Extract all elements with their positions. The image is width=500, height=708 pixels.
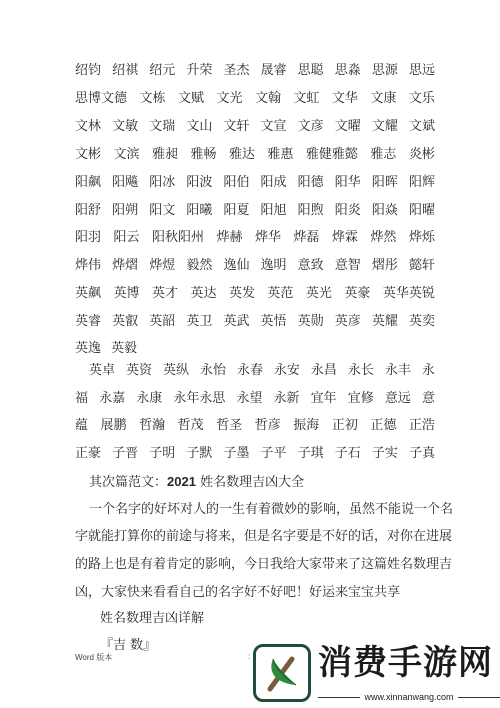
name-entry: 英叡 <box>112 313 138 331</box>
name-entry: 英范 <box>267 285 293 303</box>
name-row: 蕴展鹏哲瀚哲茂哲圣哲彦振海正初正德正浩 <box>75 417 435 435</box>
name-entry: 阳曜 <box>409 202 435 220</box>
name-entry: 英耀 <box>372 313 398 331</box>
name-entry: 英飙 <box>75 285 101 303</box>
name-entry: 英卓 <box>89 362 115 380</box>
name-row: 绍钧绍祺绍元升荣圣杰晟睿思聪思淼思源思远 <box>75 62 435 80</box>
name-entry: 文华 <box>332 90 358 108</box>
divider <box>318 697 360 698</box>
name-entry: 思源 <box>372 62 398 80</box>
name-entry: 阳云 <box>113 229 139 247</box>
name-entry: 文翰 <box>255 90 281 108</box>
name-entry: 烨熠 <box>112 257 138 275</box>
name-entry: 宜年 <box>311 390 337 408</box>
name-entry: 子平 <box>261 445 287 463</box>
name-entry: 文栋 <box>139 90 165 108</box>
footer-page-marker: : <box>248 652 250 661</box>
watermark-logo-icon <box>253 644 311 702</box>
name-entry: 永怡 <box>200 362 226 380</box>
name-row: 英逸英毅 <box>75 340 435 358</box>
name-entry: 阳舒 <box>75 202 101 220</box>
name-entry: 思远 <box>409 62 435 80</box>
footer-word-version: Word 版本 <box>75 652 112 663</box>
name-entry: 永昌 <box>311 362 337 380</box>
name-entry: 阳德 <box>298 174 324 192</box>
divider <box>458 697 500 698</box>
watermark-url-row: www.xinnanwang.com <box>318 690 500 704</box>
paragraph-line-3: 的路上也是有着肯定的影响，今日我给大家带来了这篇姓名数理吉 <box>75 556 437 574</box>
name-entry: 文赋 <box>178 90 204 108</box>
name-entry: 阳冰 <box>149 174 175 192</box>
name-entry: 绍元 <box>149 62 175 80</box>
subheading: 姓名数理吉凶详解 <box>100 610 462 628</box>
name-entry: 永长 <box>348 362 374 380</box>
name-entry: 子明 <box>149 445 175 463</box>
name-entry: 阳曦 <box>186 202 212 220</box>
name-entry: 阳炎 <box>335 202 361 220</box>
name-entry: 炎彬 <box>409 146 435 164</box>
name-entry: 绍祺 <box>112 62 138 80</box>
name-entry: 英卫 <box>186 313 212 331</box>
leaf-stick-icon <box>256 647 308 699</box>
name-entry: 升荣 <box>186 62 212 80</box>
name-entry: 永春 <box>237 362 263 380</box>
name-entry: 烨赫 <box>216 229 242 247</box>
name-entry: 哲瀚 <box>139 417 165 435</box>
name-row: 思博文德文栋文赋文光文翰文虹文华文康文乐 <box>75 90 435 108</box>
name-entry: 文敏 <box>112 118 138 136</box>
watermark-url: www.xinnanwang.com <box>364 692 453 702</box>
name-entry: 烨霖 <box>332 229 358 247</box>
name-entry: 英发 <box>229 285 255 303</box>
name-entry: 阳旭 <box>261 202 287 220</box>
name-row: 英睿英叡英韶英卫英武英悟英勋英彦英耀英奕 <box>75 313 435 331</box>
name-entry: 思淼 <box>335 62 361 80</box>
name-entry: 文康 <box>370 90 396 108</box>
name-entry: 烨伟 <box>75 257 101 275</box>
name-row: 英卓英资英纵永怡永春永安永昌永长永丰永 <box>89 362 435 380</box>
name-entry: 英勋 <box>298 313 324 331</box>
name-entry: 正豪 <box>75 445 101 463</box>
name-entry: 阳波 <box>186 174 212 192</box>
name-entry: 逸仙 <box>223 257 249 275</box>
name-entry: 英华英锐 <box>383 285 435 303</box>
name-entry: 子石 <box>335 445 361 463</box>
name-entry: 英彦 <box>335 313 361 331</box>
name-row: 正豪子晋子明子默子墨子平子琪子石子实子真 <box>75 445 435 463</box>
name-entry: 阳辉 <box>409 174 435 192</box>
name-entry: 雅昶 <box>152 146 178 164</box>
name-entry: 正德 <box>370 417 396 435</box>
name-entry: 子默 <box>186 445 212 463</box>
name-entry: 文山 <box>186 118 212 136</box>
name-entry: 永嘉 <box>99 390 125 408</box>
name-entry: 毅然 <box>186 257 212 275</box>
name-entry: 雅畅 <box>190 146 216 164</box>
name-entry: 雅惠 <box>267 146 293 164</box>
heading-suffix: 姓名数理吉凶大全 <box>196 475 304 490</box>
paragraph-line-1: 一个名字的好坏对人的一生有着微妙的影响，虽然不能说一个名 <box>89 501 451 519</box>
name-entry: 意 <box>422 390 435 408</box>
name-entry: 永 <box>422 362 435 380</box>
name-entry: 圣杰 <box>223 62 249 80</box>
name-entry: 意远 <box>385 390 411 408</box>
document-page: 绍钧绍祺绍元升荣圣杰晟睿思聪思淼思源思远思博文德文栋文赋文光文翰文虹文华文康文乐… <box>0 0 500 708</box>
name-entry: 文轩 <box>223 118 249 136</box>
name-entry: 英豪 <box>344 285 370 303</box>
name-entry: 雅健雅懿 <box>306 146 358 164</box>
name-entry: 英博 <box>113 285 139 303</box>
name-entry: 烨华 <box>255 229 281 247</box>
name-entry: 文光 <box>216 90 242 108</box>
name-row: 阳飙阳飚阳冰阳波阳伯阳成阳德阳华阳晖阳辉 <box>75 174 435 192</box>
name-entry: 懿轩 <box>409 257 435 275</box>
name-entry: 思博文德 <box>75 90 127 108</box>
name-entry: 烨磊 <box>293 229 319 247</box>
name-entry: 永丰 <box>385 362 411 380</box>
name-entry: 思聪 <box>298 62 324 80</box>
name-entry: 永新 <box>274 390 300 408</box>
name-entry: 英逸 <box>75 340 101 358</box>
name-entry: 阳华 <box>335 174 361 192</box>
name-entry: 烨烁 <box>409 229 435 247</box>
name-entry: 文宣 <box>261 118 287 136</box>
name-entry: 阳飙 <box>75 174 101 192</box>
name-entry: 英资 <box>126 362 152 380</box>
name-entry: 文彬 <box>75 146 101 164</box>
name-entry: 雅达 <box>229 146 255 164</box>
name-entry: 英毅 <box>111 340 137 358</box>
name-entry: 福 <box>75 390 88 408</box>
name-row: 文林文敏文瑞文山文轩文宣文彦文曜文耀文斌 <box>75 118 435 136</box>
name-entry: 英韶 <box>149 313 175 331</box>
name-entry: 晟睿 <box>261 62 287 80</box>
name-entry: 文彦 <box>298 118 324 136</box>
name-entry: 英武 <box>223 313 249 331</box>
name-entry: 子墨 <box>223 445 249 463</box>
name-entry: 英奕 <box>409 313 435 331</box>
name-entry: 子晋 <box>112 445 138 463</box>
name-entry: 烨然 <box>370 229 396 247</box>
name-entry: 永安 <box>274 362 300 380</box>
name-entry: 阳成 <box>261 174 287 192</box>
name-entry: 文滨 <box>113 146 139 164</box>
name-entry: 永年永思 <box>173 390 225 408</box>
name-entry: 哲圣 <box>216 417 242 435</box>
name-entry: 阳秋阳州 <box>152 229 204 247</box>
name-row: 烨伟烨熠烨煜毅然逸仙逸明意致意智熠彤懿轩 <box>75 257 435 275</box>
name-entry: 烨煜 <box>149 257 175 275</box>
name-entry: 雅志 <box>370 146 396 164</box>
heading-year: 2021 <box>167 474 196 489</box>
name-entry: 正浩 <box>409 417 435 435</box>
name-entry: 子实 <box>372 445 398 463</box>
name-entry: 阳夏 <box>223 202 249 220</box>
name-entry: 英达 <box>190 285 216 303</box>
name-entry: 阳朔 <box>112 202 138 220</box>
name-row: 英飙英博英才英达英发英范英光英豪英华英锐 <box>75 285 435 303</box>
paragraph-line-4: 凶，大家快来看看自己的名字好不好吧！好运来宝宝共享 <box>75 584 437 602</box>
name-entry: 正初 <box>332 417 358 435</box>
watermark-site-name: 消费手游网 <box>318 643 493 683</box>
name-entry: 熠彤 <box>372 257 398 275</box>
name-entry: 哲彦 <box>255 417 281 435</box>
name-entry: 展鹏 <box>101 417 127 435</box>
heading-prefix: 其次篇范文： <box>89 475 167 490</box>
name-entry: 文瑞 <box>149 118 175 136</box>
name-entry: 阳文 <box>149 202 175 220</box>
name-entry: 阳煦 <box>298 202 324 220</box>
name-entry: 英悟 <box>261 313 287 331</box>
article-heading: 其次篇范文：2021 姓名数理吉凶大全 <box>89 473 451 492</box>
name-entry: 逸明 <box>261 257 287 275</box>
name-entry: 文曜 <box>335 118 361 136</box>
name-entry: 永康 <box>136 390 162 408</box>
name-entry: 永望 <box>236 390 262 408</box>
name-entry: 英光 <box>306 285 332 303</box>
name-entry: 意智 <box>335 257 361 275</box>
name-entry: 振海 <box>293 417 319 435</box>
name-entry: 阳晖 <box>372 174 398 192</box>
name-entry: 英纵 <box>163 362 189 380</box>
name-entry: 哲茂 <box>178 417 204 435</box>
name-entry: 阳飚 <box>112 174 138 192</box>
name-entry: 意致 <box>298 257 324 275</box>
name-entry: 文乐 <box>409 90 435 108</box>
name-entry: 子真 <box>409 445 435 463</box>
name-entry: 文斌 <box>409 118 435 136</box>
name-row: 福永嘉永康永年永思永望永新宜年宜修意远意 <box>75 390 435 408</box>
name-entry: 蕴 <box>75 417 88 435</box>
name-entry: 绍钧 <box>75 62 101 80</box>
name-entry: 阳伯 <box>223 174 249 192</box>
name-entry: 文虹 <box>293 90 319 108</box>
name-entry: 英才 <box>152 285 178 303</box>
name-row: 文彬文滨雅昶雅畅雅达雅惠雅健雅懿雅志炎彬 <box>75 146 435 164</box>
name-row: 阳羽阳云阳秋阳州烨赫烨华烨磊烨霖烨然烨烁 <box>75 229 435 247</box>
name-entry: 宜修 <box>348 390 374 408</box>
name-entry: 阳羽 <box>75 229 101 247</box>
name-entry: 文耀 <box>372 118 398 136</box>
name-entry: 阳焱 <box>372 202 398 220</box>
name-entry: 英睿 <box>75 313 101 331</box>
name-row: 阳舒阳朔阳文阳曦阳夏阳旭阳煦阳炎阳焱阳曜 <box>75 202 435 220</box>
name-entry: 子琪 <box>298 445 324 463</box>
paragraph-line-2: 字就能打算你的前途与将来，但是名字要是不好的话，对你在进展 <box>75 528 437 546</box>
name-entry: 文林 <box>75 118 101 136</box>
